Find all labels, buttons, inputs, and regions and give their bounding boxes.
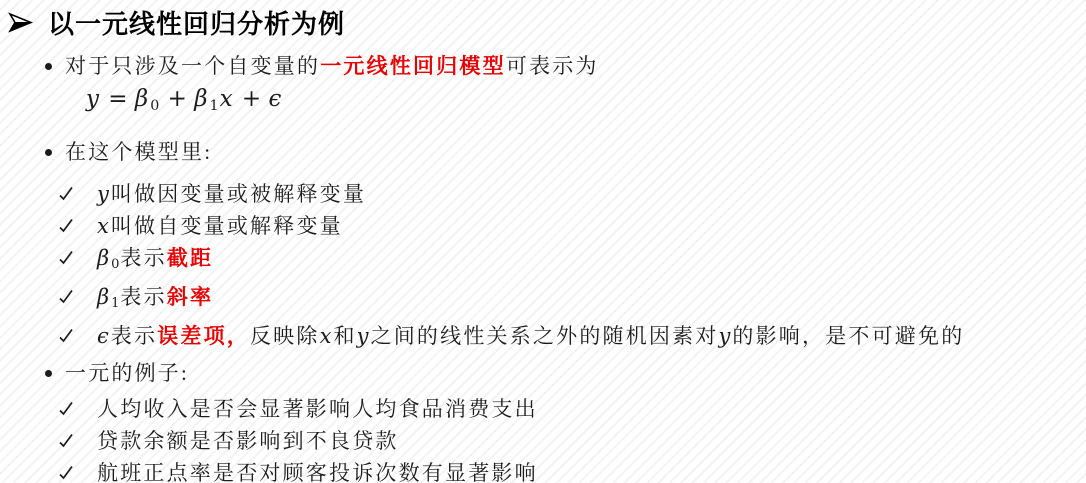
check-icon	[58, 186, 74, 202]
line-text: x叫做自变量或解释变量	[97, 214, 343, 238]
check-item: β1表示斜率	[0, 283, 1086, 318]
line-text: ϵ表示误差项，反映除x和y之间的线性关系之外的随机因素对y的影响，是不可避免的	[97, 324, 964, 348]
slide-body: 对于只涉及一个自变量的一元线性回归模型可表示为y = β0 + β1x + ϵ在…	[0, 52, 1086, 483]
text-segment: ϵ	[268, 86, 283, 112]
line-text: 人均收入是否会显著影响人均食品消费支出	[97, 397, 538, 421]
text-segment: 贷款余额是否影响到不良贷款	[97, 429, 399, 453]
arrow-bullet-icon	[8, 11, 33, 34]
text-segment: 叫做自变量或解释变量	[111, 214, 343, 238]
check-item: 航班正点率是否对顾客投诉次数有显著影响	[0, 459, 1086, 483]
text-segment: ϵ	[97, 324, 111, 348]
text-segment: 截距	[167, 246, 213, 270]
text-segment: x	[97, 214, 111, 238]
check-item: β0表示截距	[0, 244, 1086, 279]
line-text: 在这个模型里:	[65, 140, 212, 164]
text-segment: y	[97, 182, 111, 206]
line-text: 一元的例子:	[65, 361, 189, 385]
bullet-item: 在这个模型里:	[0, 138, 1086, 166]
text-segment: 反映除	[250, 324, 320, 348]
text-segment: β	[135, 86, 150, 112]
bullet-item: 一元的例子:	[0, 359, 1086, 387]
text-segment: +	[235, 86, 269, 112]
text-segment: 人均收入是否会显著影响人均食品消费支出	[97, 397, 538, 421]
text-segment: y	[357, 324, 371, 348]
text-segment: 叫做因变量或被解释变量	[111, 182, 366, 206]
text-segment: 对于只涉及一个自变量的	[65, 54, 320, 78]
line-text: 航班正点率是否对顾客投诉次数有显著影响	[97, 461, 538, 483]
text-segment: 0	[150, 98, 160, 114]
line-text: y = β0 + β1x + ϵ	[86, 86, 283, 112]
text-segment: =	[101, 86, 135, 112]
check-icon	[58, 250, 74, 266]
text-segment: y	[86, 86, 101, 112]
check-icon	[58, 433, 74, 449]
dot-bullet-icon	[45, 149, 52, 156]
text-segment: 斜率	[167, 285, 213, 309]
check-item: x叫做自变量或解释变量	[0, 212, 1086, 240]
slide-title-row: 以一元线性回归分析为例	[0, 0, 1086, 36]
text-segment: β	[97, 285, 111, 309]
text-segment: y	[719, 324, 733, 348]
text-segment: +	[160, 86, 194, 112]
line-text: β0表示截距	[97, 246, 213, 270]
text-segment: 可表示为	[506, 54, 599, 78]
line-text: 对于只涉及一个自变量的一元线性回归模型可表示为	[65, 54, 599, 78]
text-segment: x	[220, 86, 235, 112]
text-segment: 一元的例子:	[65, 361, 189, 385]
check-icon	[58, 401, 74, 417]
text-segment: 在这个模型里:	[65, 140, 212, 164]
slide: 以一元线性回归分析为例 对于只涉及一个自变量的一元线性回归模型可表示为y = β…	[0, 0, 1086, 483]
check-icon	[58, 328, 74, 344]
text-segment: x	[320, 324, 334, 348]
text-segment: 表示	[120, 246, 166, 270]
check-icon	[58, 465, 74, 481]
line-text: β1表示斜率	[97, 285, 213, 309]
text-segment: 一元线性回归模型	[320, 54, 506, 78]
check-item: y叫做因变量或被解释变量	[0, 180, 1086, 208]
text-segment: 的影响，是不可避免的	[732, 324, 964, 348]
text-segment: β	[97, 246, 111, 270]
text-segment: 表示	[111, 324, 157, 348]
text-segment: 表示	[120, 285, 166, 309]
line-text: y叫做因变量或被解释变量	[97, 182, 366, 206]
text-segment: 1	[209, 98, 219, 114]
text-segment: 之间的线性关系之外的随机因素对	[371, 324, 719, 348]
text-segment: β	[194, 86, 209, 112]
page-title: 以一元线性回归分析为例	[48, 4, 345, 41]
text-segment: 误差项，	[157, 324, 250, 348]
text-segment: 航班正点率是否对顾客投诉次数有显著影响	[97, 461, 538, 483]
line-text: 贷款余额是否影响到不良贷款	[97, 429, 399, 453]
dot-bullet-icon	[45, 370, 52, 377]
dot-bullet-icon	[45, 63, 52, 70]
regression-formula: y = β0 + β1x + ϵ	[0, 85, 1086, 120]
bullet-item: 对于只涉及一个自变量的一元线性回归模型可表示为	[0, 52, 1086, 80]
check-item: 贷款余额是否影响到不良贷款	[0, 427, 1086, 455]
check-icon	[58, 289, 74, 305]
text-segment: 和	[333, 324, 356, 348]
check-item: ϵ表示误差项，反映除x和y之间的线性关系之外的随机因素对y的影响，是不可避免的	[0, 322, 1086, 350]
check-item: 人均收入是否会显著影响人均食品消费支出	[0, 395, 1086, 423]
check-icon	[58, 218, 74, 234]
